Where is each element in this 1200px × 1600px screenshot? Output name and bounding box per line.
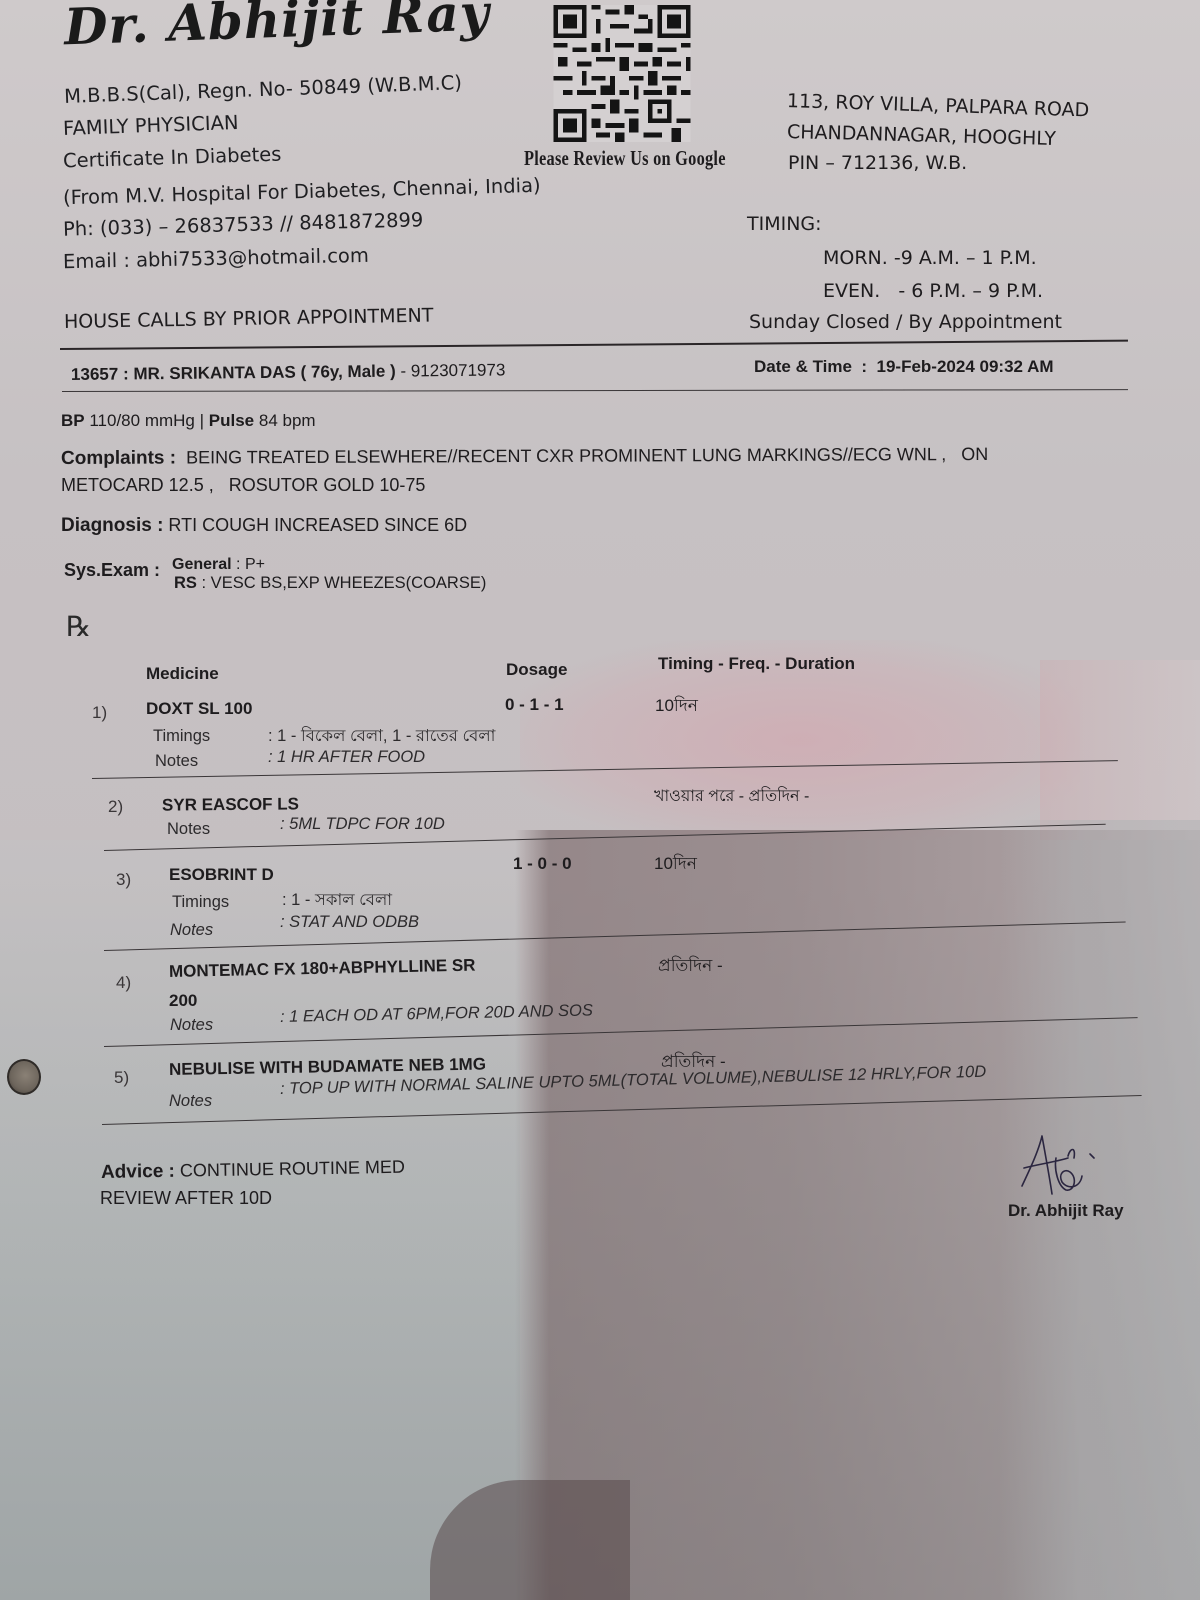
bp-label: BP (61, 411, 85, 430)
medicine-timing: খাওয়ার পরে - প্রতিদিন - (654, 783, 809, 810)
diagnosis-label: Diagnosis : (61, 515, 163, 536)
timing-label: TIMING: (747, 213, 822, 235)
medicine-notes: : 1 HR AFTER FOOD (268, 748, 425, 767)
diagnosis-value: RTI COUGH INCREASED SINCE 6D (168, 515, 467, 535)
signature-name: Dr. Abhijit Ray (1008, 1201, 1124, 1221)
sys-exam-label: Sys.Exam : (64, 560, 160, 581)
timing-sunday: Sunday Closed / By Appointment (749, 311, 1062, 333)
timing-evening: EVEN. - 6 P.M. – 9 P.M. (823, 280, 1043, 302)
medicine-dosage: 0 - 1 - 1 (505, 695, 564, 715)
header-medicine: Medicine (146, 664, 219, 684)
medicine-timings: : 1 - বিকেল বেলা, 1 - রাতের বেলা (268, 723, 495, 750)
complaints-text-1: BEING TREATED ELSEWHERE//RECENT CXR PROM… (186, 444, 988, 467)
rx-symbol-icon: ℞ (66, 610, 91, 643)
signature-icon (1010, 1128, 1110, 1200)
advice-text-2: REVIEW AFTER 10D (100, 1188, 272, 1209)
medicine-timing: 10দিন (654, 851, 697, 879)
datetime-label: Date & Time (754, 357, 852, 376)
timing-morning: MORN. -9 A.M. – 1 P.M. (823, 247, 1037, 269)
lighting-pink-right (1040, 660, 1200, 840)
vitals-divider: | (200, 411, 204, 430)
diagnosis-line: Diagnosis : RTI COUGH INCREASED SINCE 6D (61, 515, 467, 537)
patient-name: MR. SRIKANTA DAS ( 76y, Male ) (133, 362, 395, 384)
pulse-value: 84 bpm (259, 411, 316, 430)
medicine-dosage: 1 - 0 - 0 (513, 854, 572, 874)
complaints-label: Complaints : (61, 447, 176, 469)
lighting-cool-left (0, 840, 520, 1600)
datetime-value: 19-Feb-2024 09:32 AM (877, 357, 1054, 376)
coin-object (7, 1059, 41, 1095)
patient-id: 13657 (71, 365, 118, 384)
header-timing: Timing - Freq. - Duration (658, 654, 855, 674)
advice-text-1: CONTINUE ROUTINE MED (180, 1157, 405, 1181)
visit-datetime: Date & Time : 19-Feb-2024 09:32 AM (754, 357, 1054, 377)
medicine-timing: 10দিন (655, 693, 698, 721)
patient-phone: - 9123071973 (400, 360, 505, 380)
advice-label: Advice : (101, 1161, 175, 1183)
complaints-text-2: METOCARD 12.5 , ROSUTOR GOLD 10-75 (61, 475, 425, 496)
sys-exam-rs: RS : VESC BS,EXP WHEEZES(COARSE) (174, 574, 486, 593)
medicine-name: SYR EASCOF LS (162, 794, 299, 815)
qr-caption: Please Review Us on Google (524, 146, 726, 171)
medicine-name: DOXT SL 100 (146, 699, 252, 719)
medicine-name: ESOBRINT D (169, 865, 274, 885)
medicine-timings: : 1 - সকাল বেলা (282, 887, 392, 914)
patient-separator: : (123, 364, 129, 383)
complaints-line-1: Complaints : BEING TREATED ELSEWHERE//RE… (61, 444, 988, 470)
address-line-3: PIN – 712136, W.B. (788, 152, 967, 174)
pulse-label: Pulse (209, 411, 254, 430)
sys-exam-general: General : P+ (172, 556, 265, 574)
medicine-timing: প্রতিদিন - (658, 953, 723, 981)
medicine-notes: : 5ML TDPC FOR 10D (280, 815, 445, 834)
bp-value: 110/80 mmHg (89, 411, 195, 430)
medicine-name-line-2: 200 (169, 991, 197, 1011)
medicine-notes: : STAT AND ODBB (280, 913, 419, 932)
qr-code-icon[interactable] (550, 5, 694, 142)
header-dosage: Dosage (506, 660, 567, 680)
vitals-line: BP 110/80 mmHg | Pulse 84 bpm (61, 411, 316, 431)
